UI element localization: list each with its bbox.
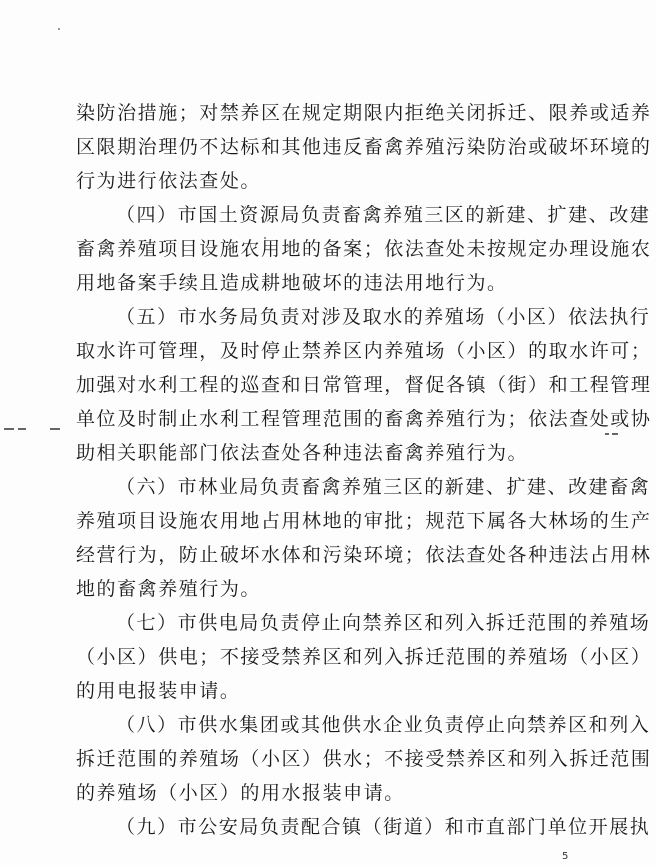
- text-line: 的养殖场（小区）的用水报装申请。: [76, 781, 596, 805]
- page-number: 5: [562, 851, 568, 862]
- scan-artifact-dot: [58, 28, 60, 30]
- scan-artifact-left: [18, 428, 26, 430]
- text-line: 加强对水利工程的巡查和日常管理，督促各镇（街）和工程管理: [76, 373, 596, 397]
- text-line: 地的畜禽养殖行为。: [76, 577, 596, 601]
- paragraph-first-line: （八）市供水集团或其他供水企业负责停止向禁养区和列入: [116, 713, 596, 737]
- text-line: 养殖项目设施农用地占用林地的审批；规范下属各大林场的生产: [76, 509, 596, 533]
- text-line: 行为进行依法查处。: [76, 169, 596, 193]
- text-line: 的用电报装申请。: [76, 679, 596, 703]
- text-line: 拆迁范围的养殖场（小区）供水；不接受禁养区和列入拆迁范围: [76, 747, 596, 771]
- paragraph-first-line: （五）市水务局负责对涉及取水的养殖场（小区）依法执行: [116, 305, 596, 329]
- scan-artifact-dot: [264, 237, 266, 239]
- scan-artifact-left: [50, 428, 60, 430]
- paragraph-first-line: （四）市国土资源局负责畜禽养殖三区的新建、扩建、改建: [116, 203, 596, 227]
- text-line: 取水许可管理，及时停止禁养区内养殖场（小区）的取水许可；: [76, 339, 596, 363]
- text-line: 染防治措施；对禁养区在规定期限内拒绝关闭拆迁、限养或适养: [76, 101, 596, 125]
- paragraph-first-line: （九）市公安局负责配合镇（街道）和市直部门单位开展执: [116, 815, 596, 839]
- text-line: 助相关职能部门依法查处各种违法畜禽养殖行为。: [76, 441, 596, 465]
- text-line: 畜禽养殖项目设施农用地的备案；依法查处未按规定办理设施农: [76, 237, 596, 261]
- paragraph-first-line: （七）市供电局负责停止向禁养区和列入拆迁范围的养殖场: [116, 611, 596, 635]
- text-line: （小区）供电；不接受禁养区和列入拆迁范围的养殖场（小区）: [76, 645, 596, 669]
- text-line: 经营行为，防止破坏水体和污染环境；依法查处各种违法占用林: [76, 543, 596, 567]
- text-line: 单位及时制止水利工程管理范围的畜禽养殖行为；依法查处或协: [76, 407, 596, 431]
- scan-artifact-right: [605, 433, 609, 435]
- scan-artifact-left: [4, 428, 14, 430]
- text-line: 区限期治理仍不达标和其他违反畜禽养殖污染防治或破坏环境的: [76, 135, 596, 159]
- text-line: 用地备案手续且造成耕地破坏的违法用地行为。: [76, 271, 596, 295]
- scan-artifact-right: [612, 433, 618, 435]
- document-page: 染防治措施；对禁养区在规定期限内拒绝关闭拆迁、限养或适养区限期治理仍不达标和其他…: [0, 0, 656, 865]
- paragraph-first-line: （六）市林业局负责畜禽养殖三区的新建、扩建、改建畜禽: [116, 475, 596, 499]
